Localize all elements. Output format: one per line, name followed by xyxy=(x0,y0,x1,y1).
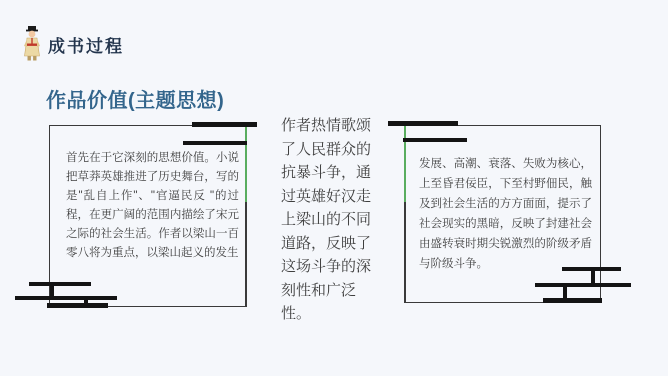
decor-bar xyxy=(50,283,54,300)
dark-edge xyxy=(245,202,247,306)
decor-bar xyxy=(543,298,602,303)
page-title: 作品价值(主题思想) xyxy=(46,84,224,113)
decor-bar xyxy=(84,297,88,307)
decor-bar xyxy=(388,121,458,126)
right-text-box: 发展、高潮、衰落、失败为核心，上至昏君佞臣，下至村野佃民，触及到社会生活的方方面… xyxy=(404,125,601,303)
middle-column-text: 作者热情歌颂了人民群众的抗暴斗争，通过英雄好汉走上梁山的不同道路，反映了这场斗争… xyxy=(281,114,381,326)
left-text-box: 首先在于它深刻的思想价值。小说把草莽英雄推进了历史舞台，写的是"乱自上作"、"官… xyxy=(49,125,247,307)
section-header-label: 成书过程 xyxy=(48,32,124,57)
green-accent-edge xyxy=(245,126,247,202)
dark-edge xyxy=(404,202,406,302)
decor-bar xyxy=(192,122,257,127)
decor-bar xyxy=(591,268,595,285)
presentation-slide: 成书过程 作品价值(主题思想) 首先在于它深刻的思想价值。小说把草莽英雄推进了历… xyxy=(0,0,668,376)
right-box-text: 发展、高潮、衰落、失败为核心，上至昏君佞臣，下至村野佃民，触及到社会生活的方方面… xyxy=(419,154,592,274)
decor-bar xyxy=(29,282,91,286)
decor-bar xyxy=(535,283,631,287)
decor-bar xyxy=(563,284,567,300)
scholar-figure-icon xyxy=(22,26,42,62)
decor-bar xyxy=(403,138,467,142)
decor-bar xyxy=(47,303,108,308)
decor-bar xyxy=(183,141,247,145)
decor-bar xyxy=(15,296,117,300)
left-box-text: 首先在于它深刻的思想价值。小说把草莽英雄推进了历史舞台，写的是"乱自上作"、"官… xyxy=(66,149,239,263)
